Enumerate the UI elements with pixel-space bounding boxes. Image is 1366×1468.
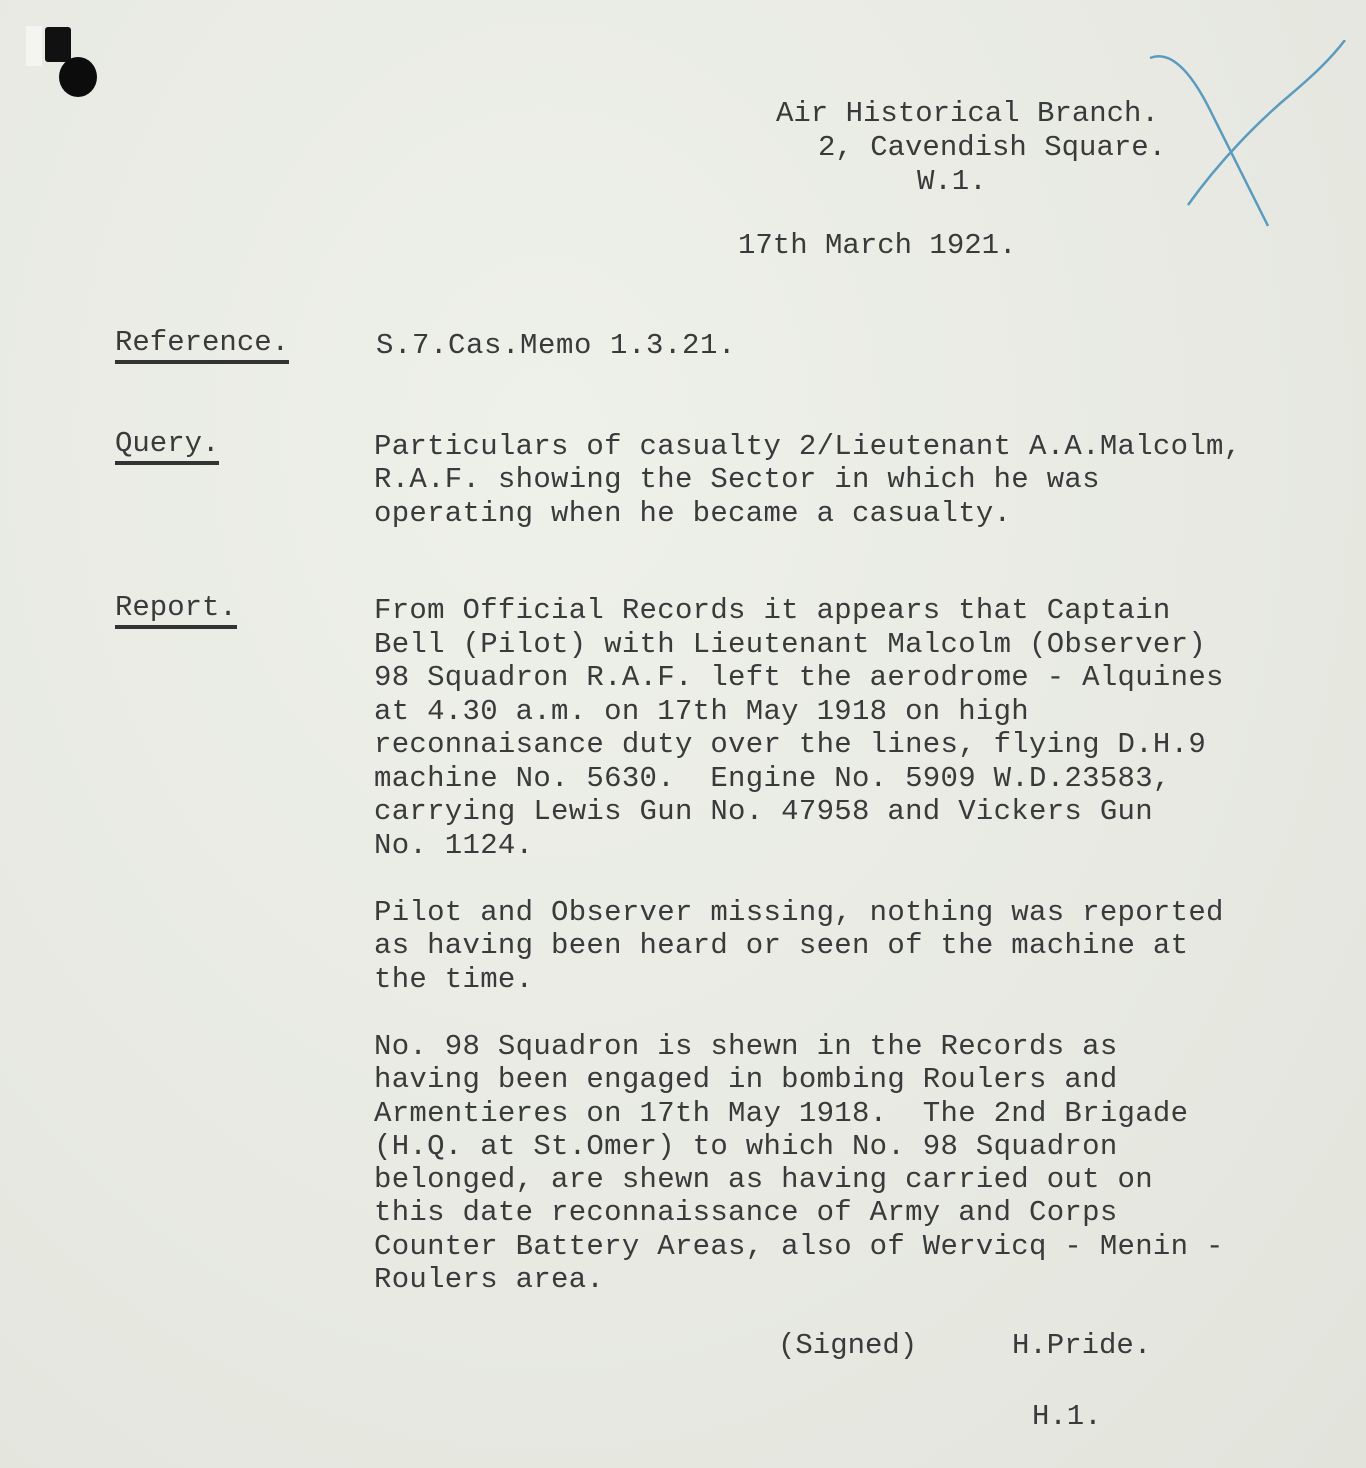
reference-value: S.7.Cas.Memo 1.3.21. <box>376 329 736 362</box>
letterhead-line-1: Air Historical Branch. <box>776 97 1159 130</box>
reference-label: Reference. <box>115 326 289 359</box>
letter-date: 17th March 1921. <box>738 229 1016 262</box>
query-label: Query. <box>115 427 219 460</box>
report-label: Report. <box>115 591 237 624</box>
blue-pencil-cross-mark <box>1140 40 1360 240</box>
signed-label: (Signed) <box>778 1329 917 1362</box>
letterhead-line-3: W.1. <box>917 165 987 198</box>
signatory-name: H.Pride. <box>1012 1329 1151 1362</box>
letterhead-line-2: 2, Cavendish Square. <box>818 131 1166 164</box>
document-page: Air Historical Branch. 2, Cavendish Squa… <box>0 0 1366 1468</box>
signatory-office: H.1. <box>1032 1400 1102 1433</box>
